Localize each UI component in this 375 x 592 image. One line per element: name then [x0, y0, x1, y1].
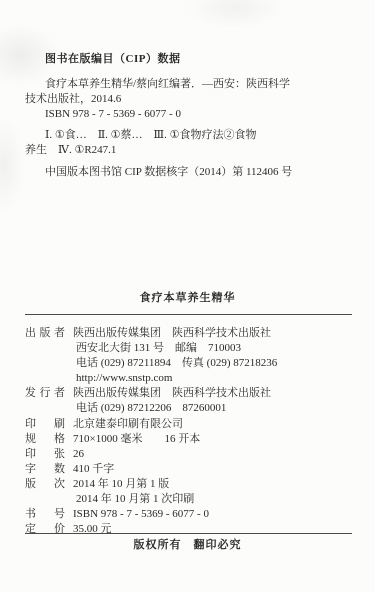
colophon-row: 出版者 陕西出版传媒集团 陕西科学技术出版社 — [25, 326, 360, 341]
colophon-value: 2014 年 10 月第 1 版 — [73, 477, 169, 492]
colophon-row: 电话 (029) 87212206 87260001 — [25, 401, 360, 416]
bibliography-block: 食疗本草养生精华/蔡向红编著．—西安：陕西科学 技术出版社，2014.6 ISB… — [25, 77, 355, 122]
colophon-label: 版次 — [25, 477, 65, 492]
colophon-label: 字数 — [25, 462, 65, 477]
colophon-row: 印张 26 — [25, 447, 360, 462]
colophon-value: 陕西出版传媒集团 陕西科学技术出版社 — [73, 326, 271, 341]
classification-line: Ⅰ. ①食… Ⅱ. ①蔡… Ⅲ. ①食物疗法②食物 — [25, 128, 355, 143]
colophon-value: ISBN 978 - 7 - 5369 - 6077 - 0 — [73, 507, 209, 522]
colophon: 出版者 陕西出版传媒集团 陕西科学技术出版社 西安北大街 131 号 邮编 71… — [25, 326, 360, 537]
colophon-value: 电话 (029) 87212206 87260001 — [73, 401, 226, 416]
colophon-row: 规格 710×1000 毫米 16 开本 — [25, 432, 360, 447]
book-title: 食疗本草养生精华 — [140, 292, 236, 304]
colophon-label: 书号 — [25, 507, 65, 522]
bibliography-line: 食疗本草养生精华/蔡向红编著．—西安：陕西科学 — [25, 77, 355, 92]
colophon-label: 定价 — [25, 522, 65, 537]
colophon-label: 发行者 — [25, 386, 65, 401]
bottom-rule — [25, 533, 352, 534]
colophon-row: 2014 年 10 月第 1 次印刷 — [25, 492, 360, 507]
colophon-label: 出版者 — [25, 326, 65, 341]
cip-record-block: 中国版本图书馆 CIP 数据核字（2014）第 112406 号 — [25, 165, 355, 180]
colophon-label: 规格 — [25, 432, 65, 447]
colophon-value: http://www.snstp.com — [73, 371, 172, 386]
colophon-label: 印刷 — [25, 417, 65, 432]
isbn-line: ISBN 978 - 7 - 5369 - 6077 - 0 — [25, 107, 355, 122]
colophon-value: 陕西出版传媒集团 陕西科学技术出版社 — [73, 386, 271, 401]
title-bar: 食疗本草养生精华 — [0, 291, 375, 306]
classification-line: 养生 Ⅳ. ①R247.1 — [25, 143, 355, 158]
colophon-row: 发行者 陕西出版传媒集团 陕西科学技术出版社 — [25, 386, 360, 401]
book-copyright-page: { "cip": { "heading": "图书在版编目（CIP）数据", "… — [0, 0, 375, 592]
colophon-value: 35.00 元 — [73, 522, 112, 537]
colophon-row: http://www.snstp.com — [25, 371, 360, 386]
colophon-row: 电话 (029) 87211894 传真 (029) 87218236 — [25, 356, 360, 371]
title-rule — [25, 314, 352, 315]
colophon-value: 710×1000 毫米 16 开本 — [73, 432, 200, 447]
colophon-row: 印刷 北京建泰印刷有限公司 — [25, 417, 360, 432]
colophon-row: 书号 ISBN 978 - 7 - 5369 - 6077 - 0 — [25, 507, 360, 522]
cip-section: 图书在版编目（CIP）数据 食疗本草养生精华/蔡向红编著．—西安：陕西科学 技术… — [25, 52, 355, 180]
classification-block: Ⅰ. ①食… Ⅱ. ①蔡… Ⅲ. ①食物疗法②食物 养生 Ⅳ. ①R247.1 — [25, 128, 355, 158]
colophon-row: 定价 35.00 元 — [25, 522, 360, 537]
colophon-value: 电话 (029) 87211894 传真 (029) 87218236 — [73, 356, 277, 371]
colophon-row: 版次 2014 年 10 月第 1 版 — [25, 477, 360, 492]
colophon-row: 西安北大街 131 号 邮编 710003 — [25, 341, 360, 356]
colophon-value: 2014 年 10 月第 1 次印刷 — [73, 492, 194, 507]
colophon-value: 西安北大街 131 号 邮编 710003 — [73, 341, 241, 356]
cip-heading: 图书在版编目（CIP）数据 — [25, 52, 355, 67]
cip-record-line: 中国版本图书馆 CIP 数据核字（2014）第 112406 号 — [25, 165, 355, 180]
copyright-notice: 版权所有 翻印必究 — [0, 538, 375, 553]
colophon-row: 字数 410 千字 — [25, 462, 360, 477]
colophon-value: 北京建泰印刷有限公司 — [73, 417, 183, 432]
colophon-value: 410 千字 — [73, 462, 114, 477]
bibliography-line: 技术出版社，2014.6 — [25, 92, 355, 107]
colophon-label: 印张 — [25, 447, 65, 462]
colophon-value: 26 — [73, 447, 84, 462]
